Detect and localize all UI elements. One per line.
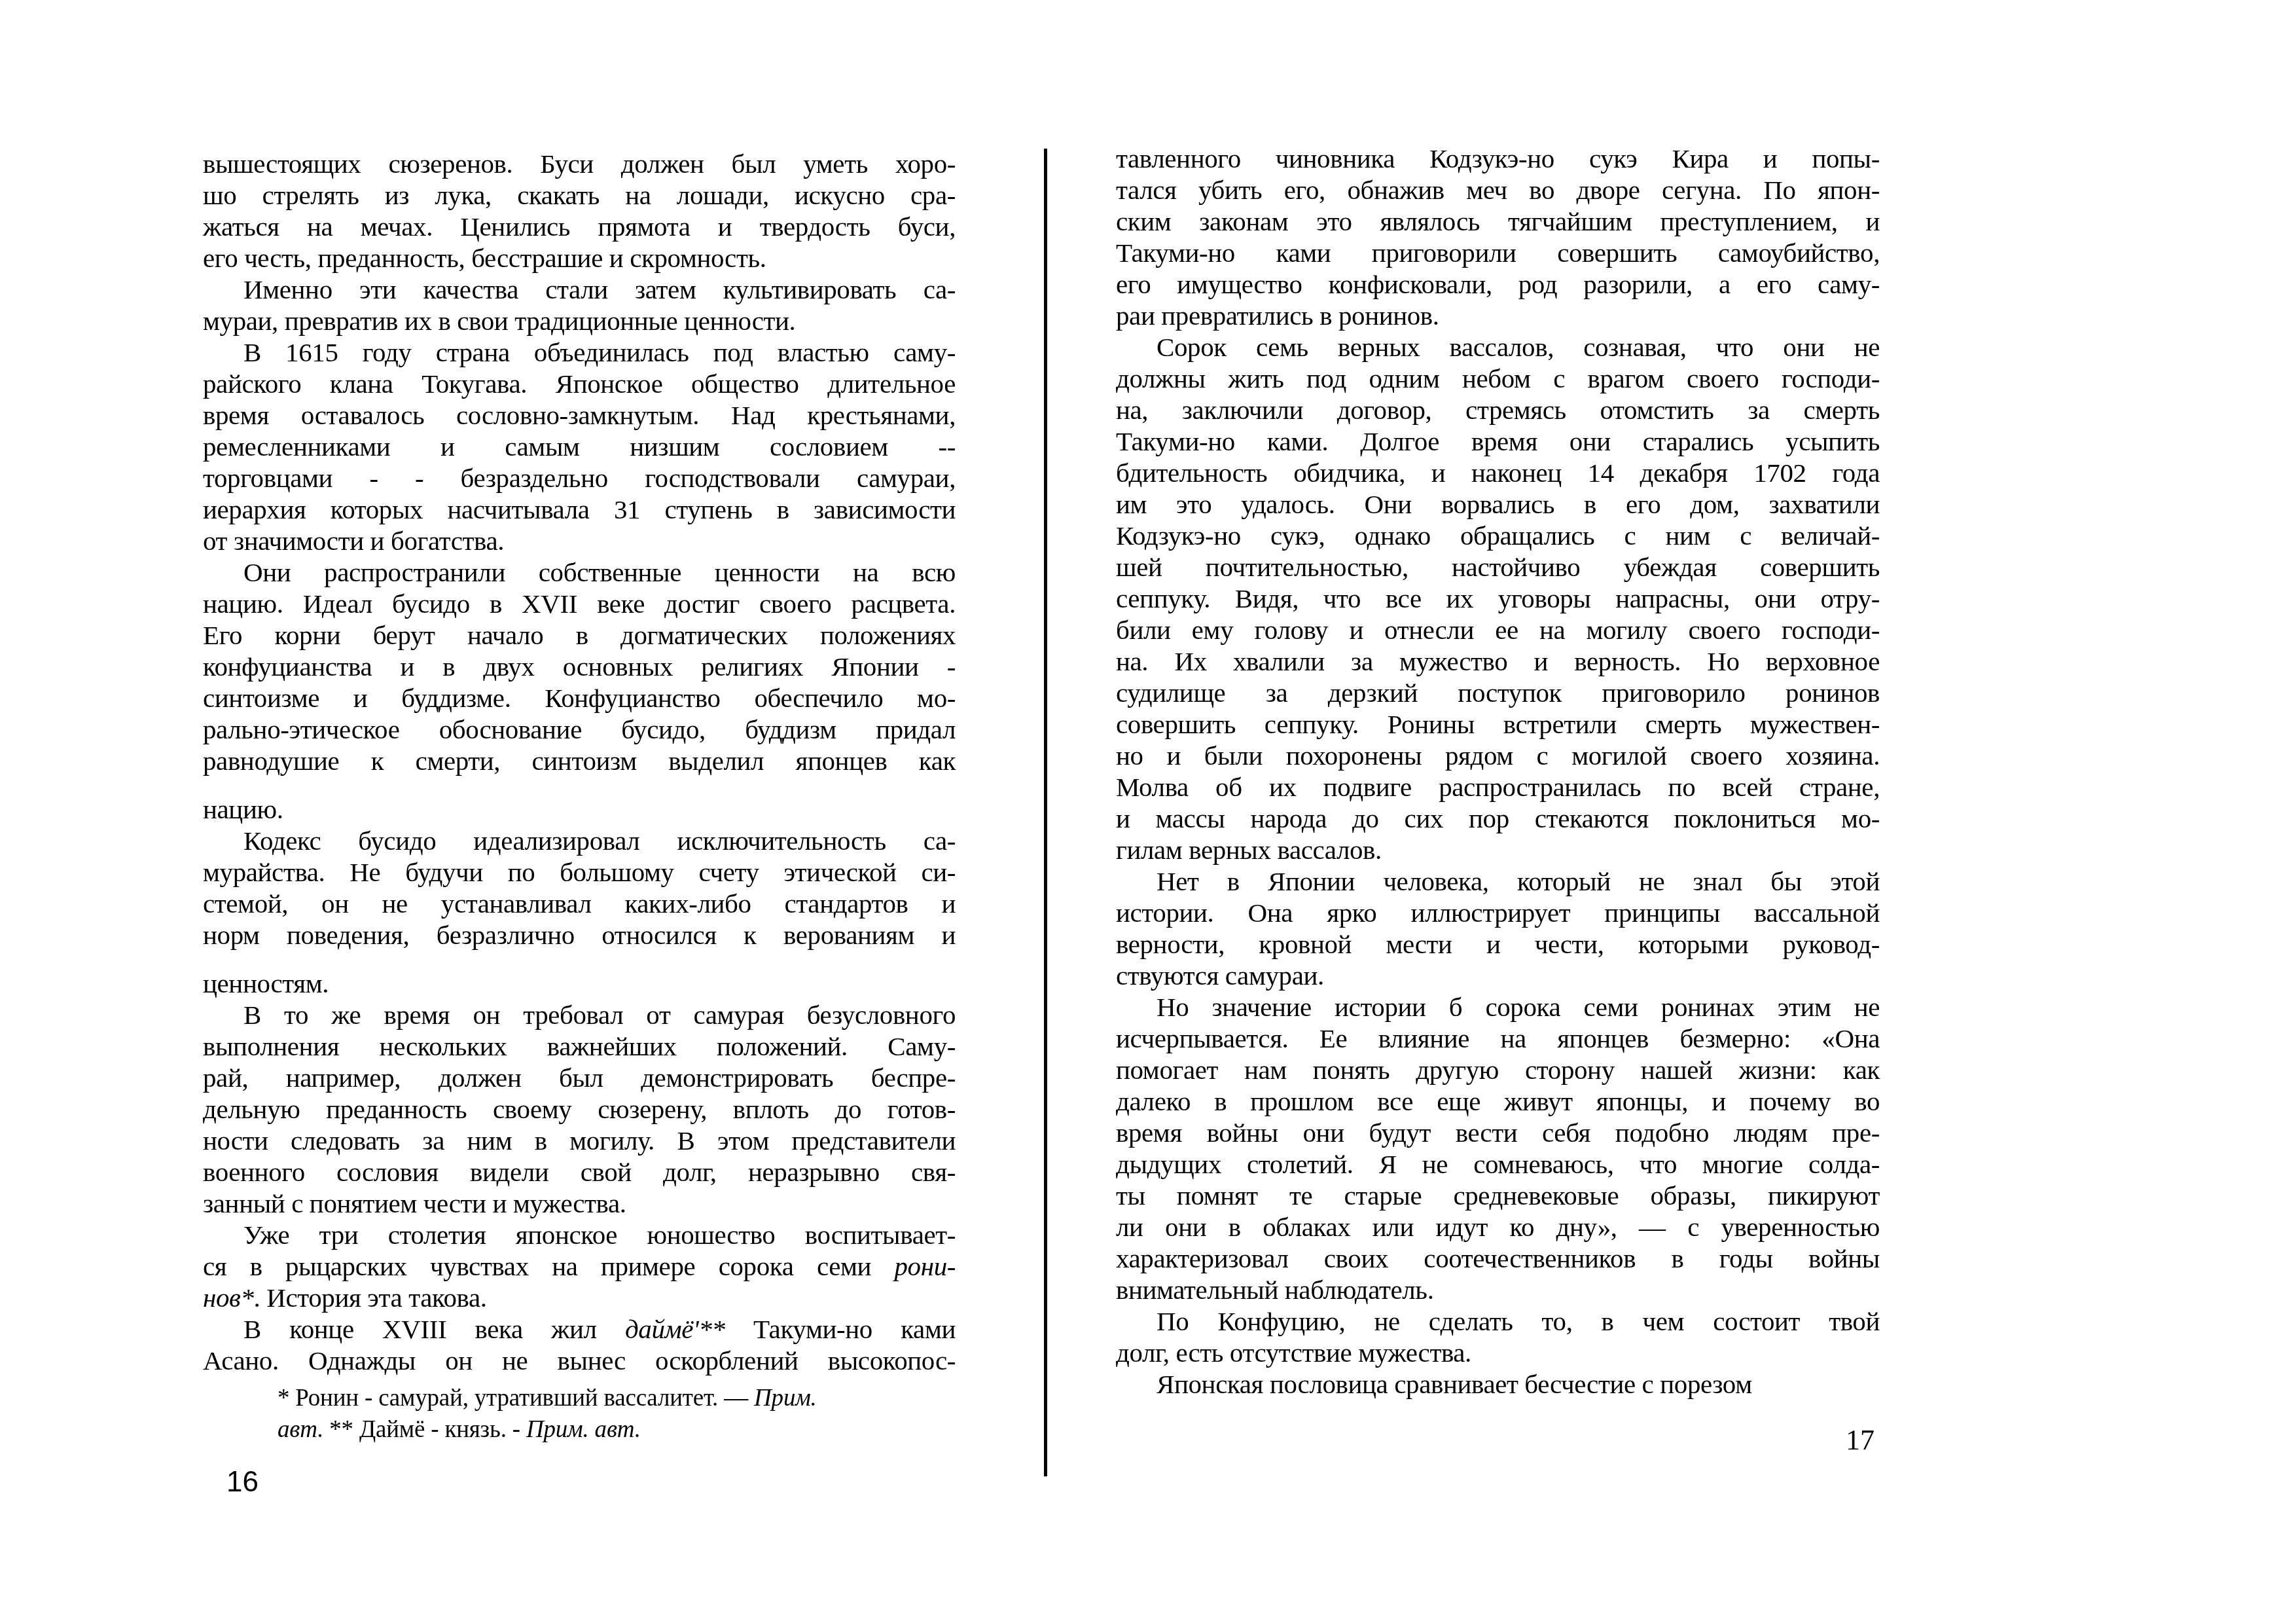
- text-line: Такуми-но ками. Долгое время они старали…: [1116, 426, 1880, 457]
- text-segment: исчерпывается. Ее влияние на японцев без…: [1116, 1023, 1880, 1053]
- text-segment: судилище за дерзкий поступок приговорило…: [1116, 678, 1880, 708]
- text-line: Кодзукэ-но сукэ, однако обращались с ним…: [1116, 520, 1880, 551]
- text-line: его имущество конфисковали, род разорили…: [1116, 268, 1880, 300]
- text-line: В то же время он требовал от самурая без…: [203, 999, 956, 1030]
- text-line: конфуцианства и в двух основных религиях…: [203, 651, 956, 682]
- text-line: Они распространили собственные ценности …: [203, 556, 956, 588]
- text-line: дельную преданность своему сюзерену, впл…: [203, 1093, 956, 1125]
- text-line: тавленного чиновника Кодзукэ-но сукэ Кир…: [1116, 143, 1880, 174]
- text-segment: но и были похоронены рядом с могилой сво…: [1116, 740, 1880, 771]
- text-line: долг, есть отсутствие мужества.: [1116, 1337, 1880, 1368]
- text-segment: Кодекс бусидо идеализировал исключительн…: [243, 826, 956, 856]
- text-line: Японская пословица сравнивает бесчестие …: [1116, 1368, 1880, 1400]
- text-line: Асано. Однажды он не вынес оскорблений в…: [203, 1345, 956, 1376]
- text-line: Именно эти качества стали затем культиви…: [203, 274, 956, 305]
- text-line: от значимости и богатства.: [203, 525, 956, 556]
- text-segment: мурайства. Не будучи по большому счету э…: [203, 857, 956, 887]
- text-segment: дельную преданность своему сюзерену, впл…: [203, 1094, 956, 1124]
- text-segment: били ему голову и отнесли ее на могилу с…: [1116, 615, 1880, 645]
- text-segment: дыдущих столетий. Я не сомневаюсь, что м…: [1116, 1149, 1880, 1179]
- text-segment: Уже три столетия японское юношество восп…: [243, 1220, 956, 1250]
- text-segment: ценностям.: [203, 968, 329, 998]
- text-line: шей почтительностью, настойчиво убеждая …: [1116, 551, 1880, 583]
- text-segment: время оставалось сословно-замкнутым. Над…: [203, 400, 956, 430]
- text-segment: ты помнят те старые средневековые образы…: [1116, 1180, 1880, 1211]
- text-segment: жаться на мечах. Ценились прямота и твер…: [203, 211, 956, 242]
- text-line: Такуми-но ками приговорили совершить сам…: [1116, 237, 1880, 268]
- text-line: вышестоящих сюзеренов. Буси должен был у…: [203, 148, 956, 179]
- text-segment: истории. Она ярко иллюстрирует принципы …: [1116, 898, 1880, 928]
- text-segment: от значимости и богатства.: [203, 526, 504, 556]
- text-line: на, заключили договор, стремясь отомстит…: [1116, 394, 1880, 426]
- text-line: В конце XVIII века жил даймё'** Такуми-н…: [203, 1313, 956, 1345]
- text-segment: тался убить его, обнажив меч во дворе се…: [1116, 175, 1880, 205]
- text-segment: и массы народа до сих пор стекаются покл…: [1116, 803, 1880, 833]
- text-line: рай, например, должен был демонстрироват…: [203, 1062, 956, 1093]
- text-segment: гилам верных вассалов.: [1116, 835, 1382, 865]
- text-line: тался убить его, обнажив меч во дворе се…: [1116, 174, 1880, 206]
- text-line: внимательный наблюдатель.: [1116, 1274, 1880, 1305]
- italic-text-segment: Прим. авт.: [526, 1416, 641, 1443]
- text-line: ремесленниками и самым низшим сословием …: [203, 431, 956, 462]
- text-line: судилище за дерзкий поступок приговорило…: [1116, 677, 1880, 708]
- page-number-16: 16: [226, 1467, 259, 1498]
- text-line: Нет в Японии человека, который не знал б…: [1116, 866, 1880, 897]
- text-segment: . История эта такова.: [254, 1283, 487, 1313]
- text-line: время войны они будут вести себя подобно…: [1116, 1117, 1880, 1148]
- text-line: время оставалось сословно-замкнутым. Над…: [203, 399, 956, 431]
- text-segment: равнодушие к смерти, синтоизм выделил яп…: [203, 746, 956, 776]
- text-segment: ствуются самураи.: [1116, 960, 1324, 991]
- text-segment: Такуми-но ками. Долгое время они старали…: [1116, 426, 1880, 456]
- text-line: авт. ** Даймё - князь. - Прим. авт.: [278, 1414, 939, 1446]
- italic-text-segment: даймё'**: [625, 1314, 725, 1344]
- text-segment: Но значение истории б сорока семи ронина…: [1157, 992, 1880, 1022]
- text-segment: В 1615 году страна объединилась под влас…: [243, 337, 956, 367]
- text-segment: сеппуку. Видя, что все их уговоры напрас…: [1116, 583, 1880, 613]
- text-segment: Его корни берут начало в догматических п…: [203, 620, 956, 650]
- text-line: По Конфуцию, не сделать то, в чем состои…: [1116, 1305, 1880, 1337]
- text-segment: им это удалось. Они ворвались в его дом,…: [1116, 489, 1880, 519]
- italic-text-segment: рони-: [895, 1251, 956, 1281]
- footnote-block: * Ронин - самурай, утративший вассалитет…: [278, 1383, 939, 1446]
- text-segment: на, заключили договор, стремясь отомстит…: [1116, 395, 1880, 425]
- text-segment: внимательный наблюдатель.: [1116, 1275, 1434, 1305]
- text-line: ценностям.: [203, 968, 956, 999]
- text-segment: Асано. Однажды он не вынес оскорблений в…: [203, 1345, 956, 1376]
- text-line: ты помнят те старые средневековые образы…: [1116, 1180, 1880, 1211]
- text-segment: помогает нам понять другую сторону нашей…: [1116, 1055, 1880, 1085]
- text-line: Уже три столетия японское юношество восп…: [203, 1219, 956, 1250]
- text-segment: Нет в Японии человека, который не знал б…: [1157, 866, 1880, 896]
- text-segment: рай, например, должен был демонстрироват…: [203, 1063, 956, 1093]
- text-segment: ности следовать за ним в могилу. В этом …: [203, 1125, 956, 1156]
- text-segment: Молва об их подвиге распространилась по …: [1116, 772, 1880, 802]
- text-segment: его честь, преданность, бесстрашие и скр…: [203, 243, 766, 273]
- text-line: военного сословия видели свой долг, нера…: [203, 1156, 956, 1188]
- text-segment: ским законам это являлось тягчайшим прес…: [1116, 206, 1880, 236]
- text-segment: Сорок семь верных вассалов, сознавая, чт…: [1157, 332, 1880, 362]
- page-16-body: вышестоящих сюзеренов. Буси должен был у…: [203, 148, 956, 1376]
- text-segment: * Ронин - самурай, утративший вассалитет…: [278, 1385, 754, 1412]
- text-line: ствуются самураи.: [1116, 960, 1880, 991]
- text-line: стемой, он не устанавливал каких-либо ст…: [203, 888, 956, 919]
- text-segment: раи превратились в ронинов.: [1116, 301, 1439, 331]
- text-line: ли они в облаках или идут ко дну», — с у…: [1116, 1211, 1880, 1243]
- text-segment: время войны они будут вести себя подобно…: [1116, 1118, 1880, 1148]
- text-segment: Кодзукэ-но сукэ, однако обращались с ним…: [1116, 520, 1880, 551]
- text-segment: совершить сеппуку. Ронины встретили смер…: [1116, 709, 1880, 739]
- text-segment: рально-этическое обоснование бусидо, буд…: [203, 714, 956, 744]
- text-line: синтоизме и буддизме. Конфуцианство обес…: [203, 682, 956, 714]
- text-segment: конфуцианства и в двух основных религиях…: [203, 651, 956, 682]
- text-segment: характеризовал своих соотечественников в…: [1116, 1243, 1880, 1273]
- text-segment: синтоизме и буддизме. Конфуцианство обес…: [203, 683, 956, 713]
- text-segment: бдительность обидчика, и наконец 14 дека…: [1116, 458, 1880, 488]
- text-segment: Такуми-но ками: [725, 1314, 956, 1344]
- text-line: иерархия которых насчитывала 31 ступень …: [203, 494, 956, 525]
- text-segment: Такуми-но ками приговорили совершить сам…: [1116, 238, 1880, 268]
- text-segment: Японская пословица сравнивает бесчестие …: [1157, 1369, 1752, 1399]
- text-segment: райского клана Токугава. Японское общест…: [203, 369, 956, 399]
- text-line: и массы народа до сих пор стекаются покл…: [1116, 803, 1880, 834]
- text-line: должны жить под одним небом с врагом сво…: [1116, 363, 1880, 394]
- text-segment: долг, есть отсутствие мужества.: [1116, 1338, 1471, 1368]
- text-line: раи превратились в ронинов.: [1116, 300, 1880, 331]
- text-line: * Ронин - самурай, утративший вассалитет…: [278, 1383, 939, 1414]
- text-segment: По Конфуцию, не сделать то, в чем состои…: [1157, 1306, 1880, 1336]
- text-line: дыдущих столетий. Я не сомневаюсь, что м…: [1116, 1148, 1880, 1180]
- page-divider-rule: [1044, 149, 1047, 1476]
- text-line: им это удалось. Они ворвались в его дом,…: [1116, 488, 1880, 520]
- text-line: нов*. История эта такова.: [203, 1282, 956, 1313]
- text-line: мураи, превратив их в свои традиционные …: [203, 305, 956, 337]
- text-segment: норм поведения, безразлично относился к …: [203, 920, 956, 950]
- text-line: ским законам это являлось тягчайшим прес…: [1116, 206, 1880, 237]
- text-segment: мураи, превратив их в свои традиционные …: [203, 306, 795, 336]
- page-number-17: 17: [1846, 1425, 1874, 1456]
- italic-text-segment: авт.: [278, 1416, 323, 1443]
- text-line: верности, кровной мести и чести, которым…: [1116, 928, 1880, 960]
- text-line: Кодекс бусидо идеализировал исключительн…: [203, 825, 956, 856]
- text-line: райского клана Токугава. Японское общест…: [203, 368, 956, 399]
- text-line: нацию. Идеал бусидо в XVII веке достиг с…: [203, 588, 956, 619]
- text-segment: стемой, он не устанавливал каких-либо ст…: [203, 888, 956, 919]
- text-segment: Именно эти качества стали затем культиви…: [243, 274, 956, 304]
- text-segment: занный с понятием чести и мужества.: [203, 1188, 626, 1218]
- text-line: ности следовать за ним в могилу. В этом …: [203, 1125, 956, 1156]
- text-segment: на. Их хвалили за мужество и верность. Н…: [1116, 646, 1880, 676]
- text-line: норм поведения, безразлично относился к …: [203, 919, 956, 951]
- text-segment: нацию.: [203, 794, 283, 824]
- text-segment: В конце XVIII века жил: [243, 1314, 625, 1344]
- text-segment: тавленного чиновника Кодзукэ-но сукэ Кир…: [1116, 143, 1880, 173]
- text-line: торговцами - - безраздельно господствова…: [203, 462, 956, 494]
- text-line: гилам верных вассалов.: [1116, 834, 1880, 866]
- text-segment: ли они в облаках или идут ко дну», — с у…: [1116, 1212, 1880, 1242]
- book-spread: вышестоящих сюзеренов. Буси должен был у…: [0, 0, 2296, 1623]
- text-segment: нацию. Идеал бусидо в XVII веке достиг с…: [203, 589, 956, 619]
- text-line: далеко в прошлом все еще живут японцы, и…: [1116, 1085, 1880, 1117]
- text-segment: торговцами - - безраздельно господствова…: [203, 463, 956, 493]
- text-line: занный с понятием чести и мужества.: [203, 1188, 956, 1219]
- page-17-body: тавленного чиновника Кодзукэ-но сукэ Кир…: [1116, 143, 1880, 1400]
- text-line: но и были похоронены рядом с могилой сво…: [1116, 740, 1880, 771]
- text-segment: ** Даймё - князь. -: [323, 1416, 526, 1443]
- text-line: рально-этическое обоснование бусидо, буд…: [203, 714, 956, 745]
- text-line: мурайства. Не будучи по большому счету э…: [203, 856, 956, 888]
- text-segment: ремесленниками и самым низшим сословием …: [203, 431, 956, 462]
- text-segment: Они распространили собственные ценности …: [243, 557, 956, 587]
- text-segment: вышестоящих сюзеренов. Буси должен был у…: [203, 149, 956, 179]
- text-line: истории. Она ярко иллюстрирует принципы …: [1116, 897, 1880, 928]
- text-line: Но значение истории б сорока семи ронина…: [1116, 991, 1880, 1023]
- text-line: ся в рыцарских чувствах на примере сорок…: [203, 1250, 956, 1282]
- text-segment: выполнения нескольких важнейших положени…: [203, 1031, 956, 1061]
- text-line: помогает нам понять другую сторону нашей…: [1116, 1054, 1880, 1085]
- text-line: исчерпывается. Ее влияние на японцев без…: [1116, 1023, 1880, 1054]
- text-line: характеризовал своих соотечественников в…: [1116, 1243, 1880, 1274]
- text-segment: иерархия которых насчитывала 31 ступень …: [203, 494, 956, 524]
- text-line: равнодушие к смерти, синтоизм выделил яп…: [203, 745, 956, 776]
- text-segment: его имущество конфисковали, род разорили…: [1116, 269, 1880, 299]
- text-segment: шо стрелять из лука, скакать на лошади, …: [203, 180, 956, 210]
- italic-text-segment: нов*: [203, 1283, 254, 1313]
- text-segment: ся в рыцарских чувствах на примере сорок…: [203, 1251, 895, 1281]
- text-line: Сорок семь верных вассалов, сознавая, чт…: [1116, 331, 1880, 363]
- text-line: выполнения нескольких важнейших положени…: [203, 1030, 956, 1062]
- text-line: шо стрелять из лука, скакать на лошади, …: [203, 179, 956, 211]
- text-segment: военного сословия видели свой долг, нера…: [203, 1157, 956, 1187]
- text-line: жаться на мечах. Ценились прямота и твер…: [203, 211, 956, 242]
- text-segment: должны жить под одним небом с врагом сво…: [1116, 363, 1880, 393]
- text-line: бдительность обидчика, и наконец 14 дека…: [1116, 457, 1880, 488]
- text-line: совершить сеппуку. Ронины встретили смер…: [1116, 708, 1880, 740]
- text-line: Его корни берут начало в догматических п…: [203, 619, 956, 651]
- text-line: нацию.: [203, 793, 956, 825]
- text-line: его честь, преданность, бесстрашие и скр…: [203, 242, 956, 274]
- text-segment: далеко в прошлом все еще живут японцы, и…: [1116, 1086, 1880, 1116]
- text-segment: В то же время он требовал от самурая без…: [243, 1000, 956, 1030]
- italic-text-segment: Прим.: [754, 1385, 817, 1412]
- text-segment: верности, кровной мести и чести, которым…: [1116, 929, 1880, 959]
- text-line: сеппуку. Видя, что все их уговоры напрас…: [1116, 583, 1880, 614]
- text-segment: шей почтительностью, настойчиво убеждая …: [1116, 552, 1880, 582]
- text-line: Молва об их подвиге распространилась по …: [1116, 771, 1880, 803]
- text-line: В 1615 году страна объединилась под влас…: [203, 337, 956, 368]
- text-line: били ему голову и отнесли ее на могилу с…: [1116, 614, 1880, 646]
- text-line: на. Их хвалили за мужество и верность. Н…: [1116, 646, 1880, 677]
